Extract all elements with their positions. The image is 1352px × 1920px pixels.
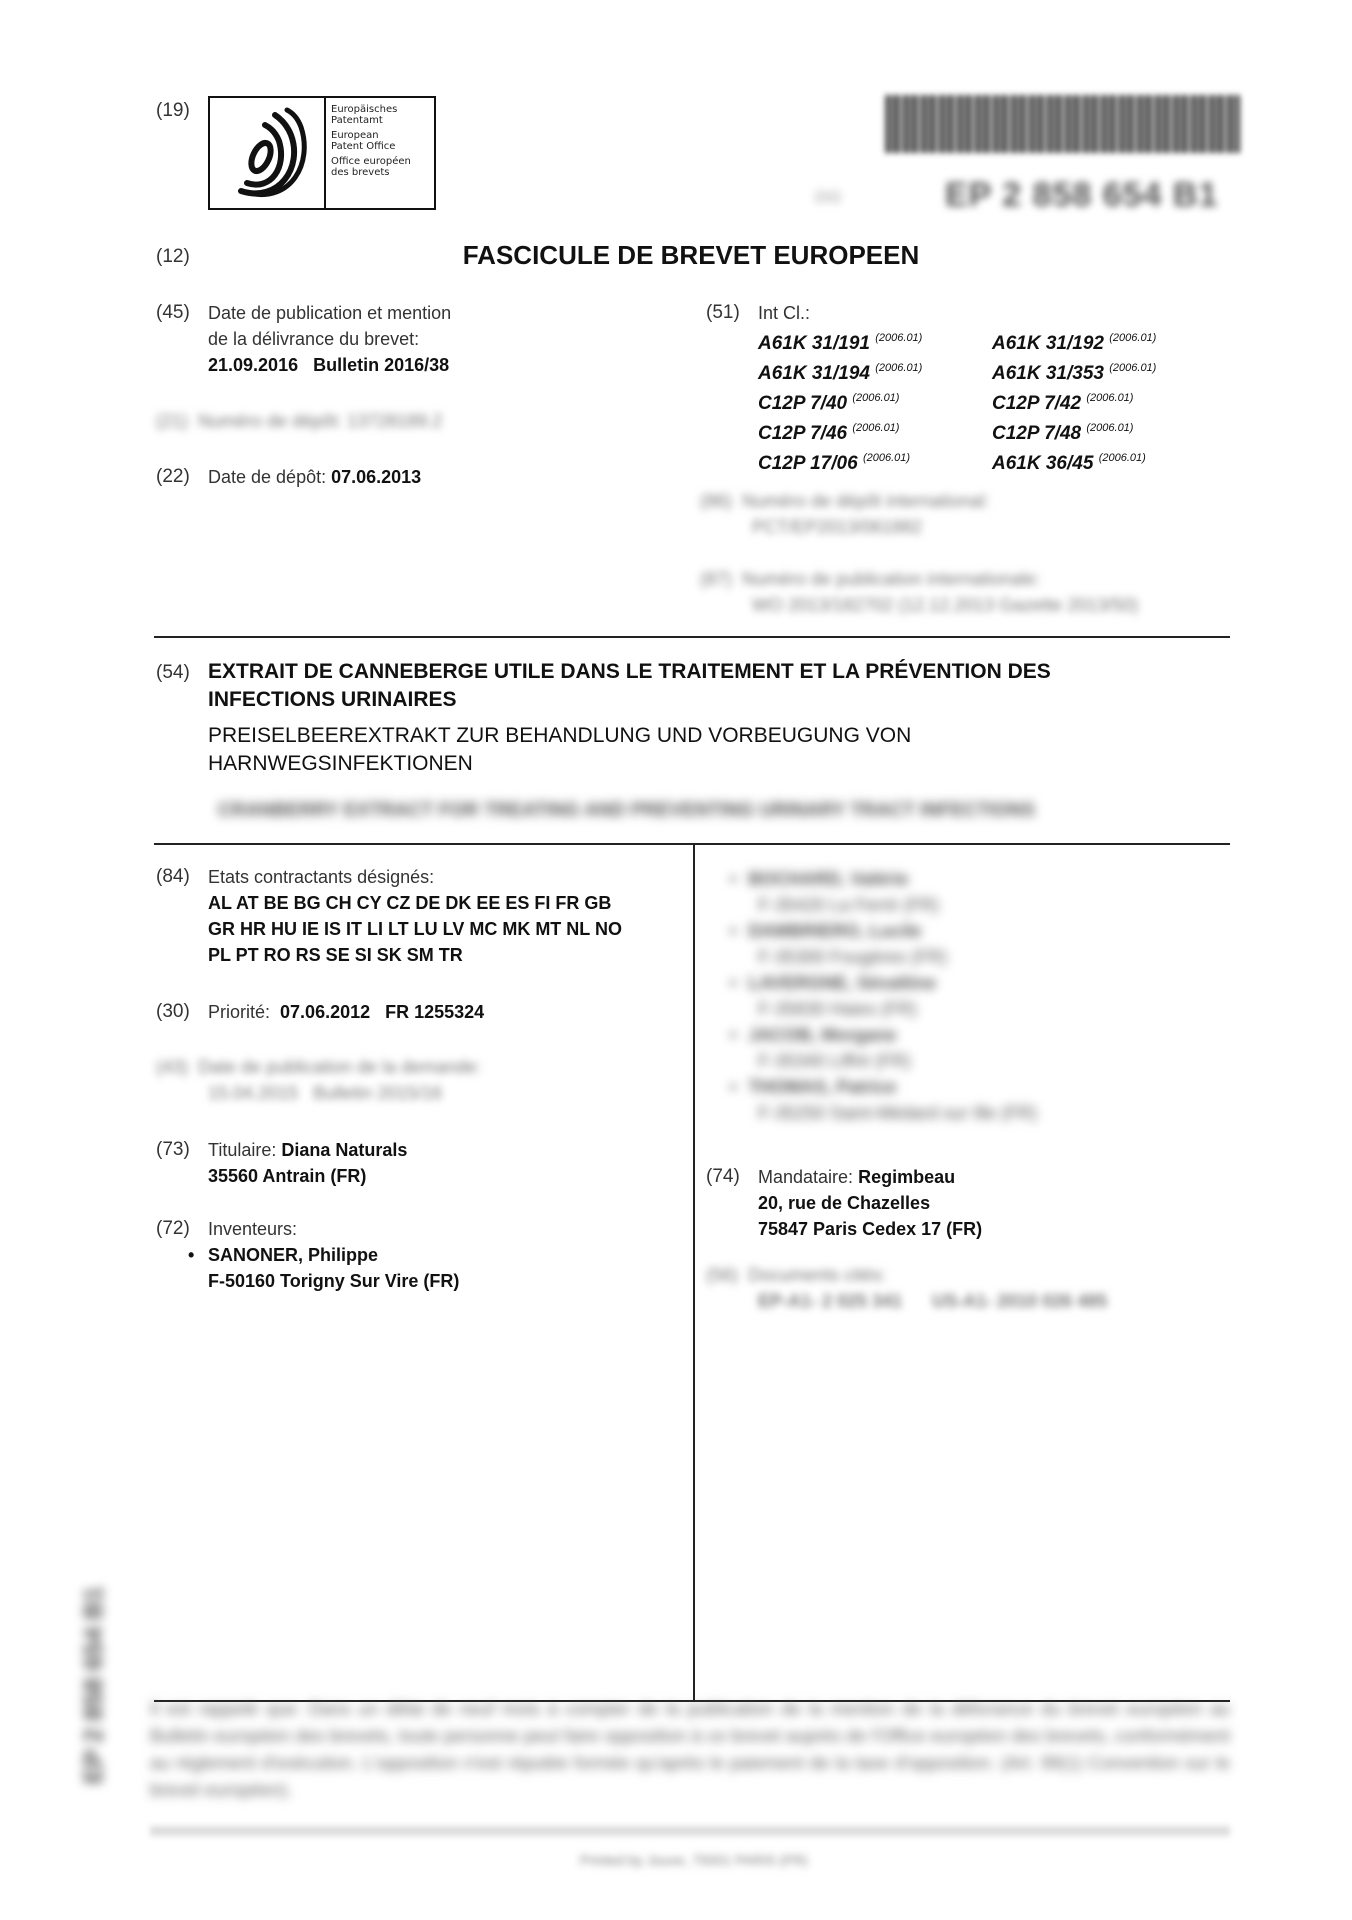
inventor-item: •THOMAS, Patrice: [730, 1074, 1037, 1100]
inid-11: (11): [815, 188, 841, 205]
priority: Priorité: 07.06.2012 FR 1255324: [208, 999, 484, 1025]
title-de: PREISELBEEREXTRAKT ZUR BEHANDLUNG UND VO…: [208, 722, 1051, 778]
inid-30: (30): [156, 1001, 190, 1023]
int-cl-entry: A61K 31/353 (2006.01): [992, 356, 1226, 386]
inventor-item: •DAMBRIERO, Lucile: [730, 918, 1037, 944]
filing-date: Date de dépôt: 07.06.2013: [208, 464, 421, 490]
intl-publication: (87) Numéro de publication international…: [700, 566, 1138, 618]
inid-19: (19): [156, 100, 190, 122]
int-cl-entry: C12P 7/48 (2006.01): [992, 416, 1226, 446]
cited-documents: (56) Documents cités: EP-A1- 2 025 341 U…: [706, 1262, 1107, 1314]
int-cl-entry: C12P 7/42 (2006.01): [992, 386, 1226, 416]
title-block: EXTRAIT DE CANNEBERGE UTILE DANS LE TRAI…: [208, 658, 1051, 778]
inid-84: (84): [156, 866, 190, 888]
divider-top: [154, 636, 1230, 638]
application-publication: (43) Date de publication de la demande: …: [156, 1054, 481, 1106]
designated-states: Etats contractants désignés: AL AT BE BG…: [208, 864, 622, 968]
opposition-notice: Il est rappelé que: Dans un délai de neu…: [150, 1696, 1230, 1804]
epo-logo-text: EuropäischesPatentamt EuropeanPatent Off…: [326, 98, 416, 208]
representative: Mandataire: Regimbeau 20, rue de Chazell…: [758, 1164, 982, 1242]
side-publication-number: EP 2 858 654 B1: [78, 1540, 108, 1830]
inid-22: (22): [156, 466, 190, 488]
int-cl-entry: A61K 31/191 (2006.01): [758, 326, 992, 356]
int-cl-entry: C12P 7/40 (2006.01): [758, 386, 992, 416]
inid-51: (51): [706, 302, 740, 324]
int-cl-entry: A61K 36/45 (2006.01): [992, 446, 1226, 476]
publication-date-block: Date de publication et mention de la dél…: [208, 300, 451, 378]
inid-73: (73): [156, 1139, 190, 1161]
publication-number: EP 2 858 654 B1: [945, 176, 1218, 215]
column-divider: [693, 843, 695, 1701]
epo-logo-icon: [210, 98, 326, 208]
barcode: [885, 95, 1240, 153]
inid-72: (72): [156, 1218, 190, 1240]
int-cl-entry: C12P 17/06 (2006.01): [758, 446, 992, 476]
title-fr: EXTRAIT DE CANNEBERGE UTILE DANS LE TRAI…: [208, 658, 1051, 714]
inventor-item: •BOCHARD, Valérie: [730, 866, 1037, 892]
inventors-continued: •BOCHARD, ValérieF-35420 La Ferré (FR)•D…: [730, 866, 1037, 1126]
inventors: Inventeurs: •SANONER, Philippe F-50160 T…: [208, 1216, 459, 1294]
printer-footer: Printed by Jouve, 75001 PARIS (FR): [580, 1852, 808, 1868]
inid-74: (74): [706, 1166, 740, 1188]
inventor-item: •JACOB, Morgane: [730, 1022, 1037, 1048]
epo-logo: EuropäischesPatentamt EuropeanPatent Off…: [208, 96, 436, 210]
int-cl-entry: C12P 7/46 (2006.01): [758, 416, 992, 446]
int-cl-entry: A61K 31/192 (2006.01): [992, 326, 1226, 356]
application-number: (21) Numéro de dépôt: 13728189.2: [156, 408, 442, 434]
document-type: FASCICULE DE BREVET EUROPEEN: [0, 240, 1352, 271]
inid-54: (54): [156, 662, 190, 684]
intl-application: (86) Numéro de dépôt international: PCT/…: [700, 488, 989, 540]
inid-45: (45): [156, 302, 190, 324]
notice-rule: [150, 1826, 1230, 1836]
int-cl-label: Int Cl.:: [758, 300, 810, 326]
title-en: CRANBERRY EXTRACT FOR TREATING AND PREVE…: [218, 800, 1035, 822]
inventor-item: •LAVERGNE, Sévaltine: [730, 970, 1037, 996]
proprietor: Titulaire: Diana Naturals 35560 Antrain …: [208, 1137, 407, 1189]
publication-date-value: 21.09.2016 Bulletin 2016/38: [208, 352, 451, 378]
int-cl-list: A61K 31/191 (2006.01)A61K 31/192 (2006.0…: [758, 326, 1226, 476]
int-cl-entry: A61K 31/194 (2006.01): [758, 356, 992, 386]
divider-mid: [154, 843, 1230, 845]
